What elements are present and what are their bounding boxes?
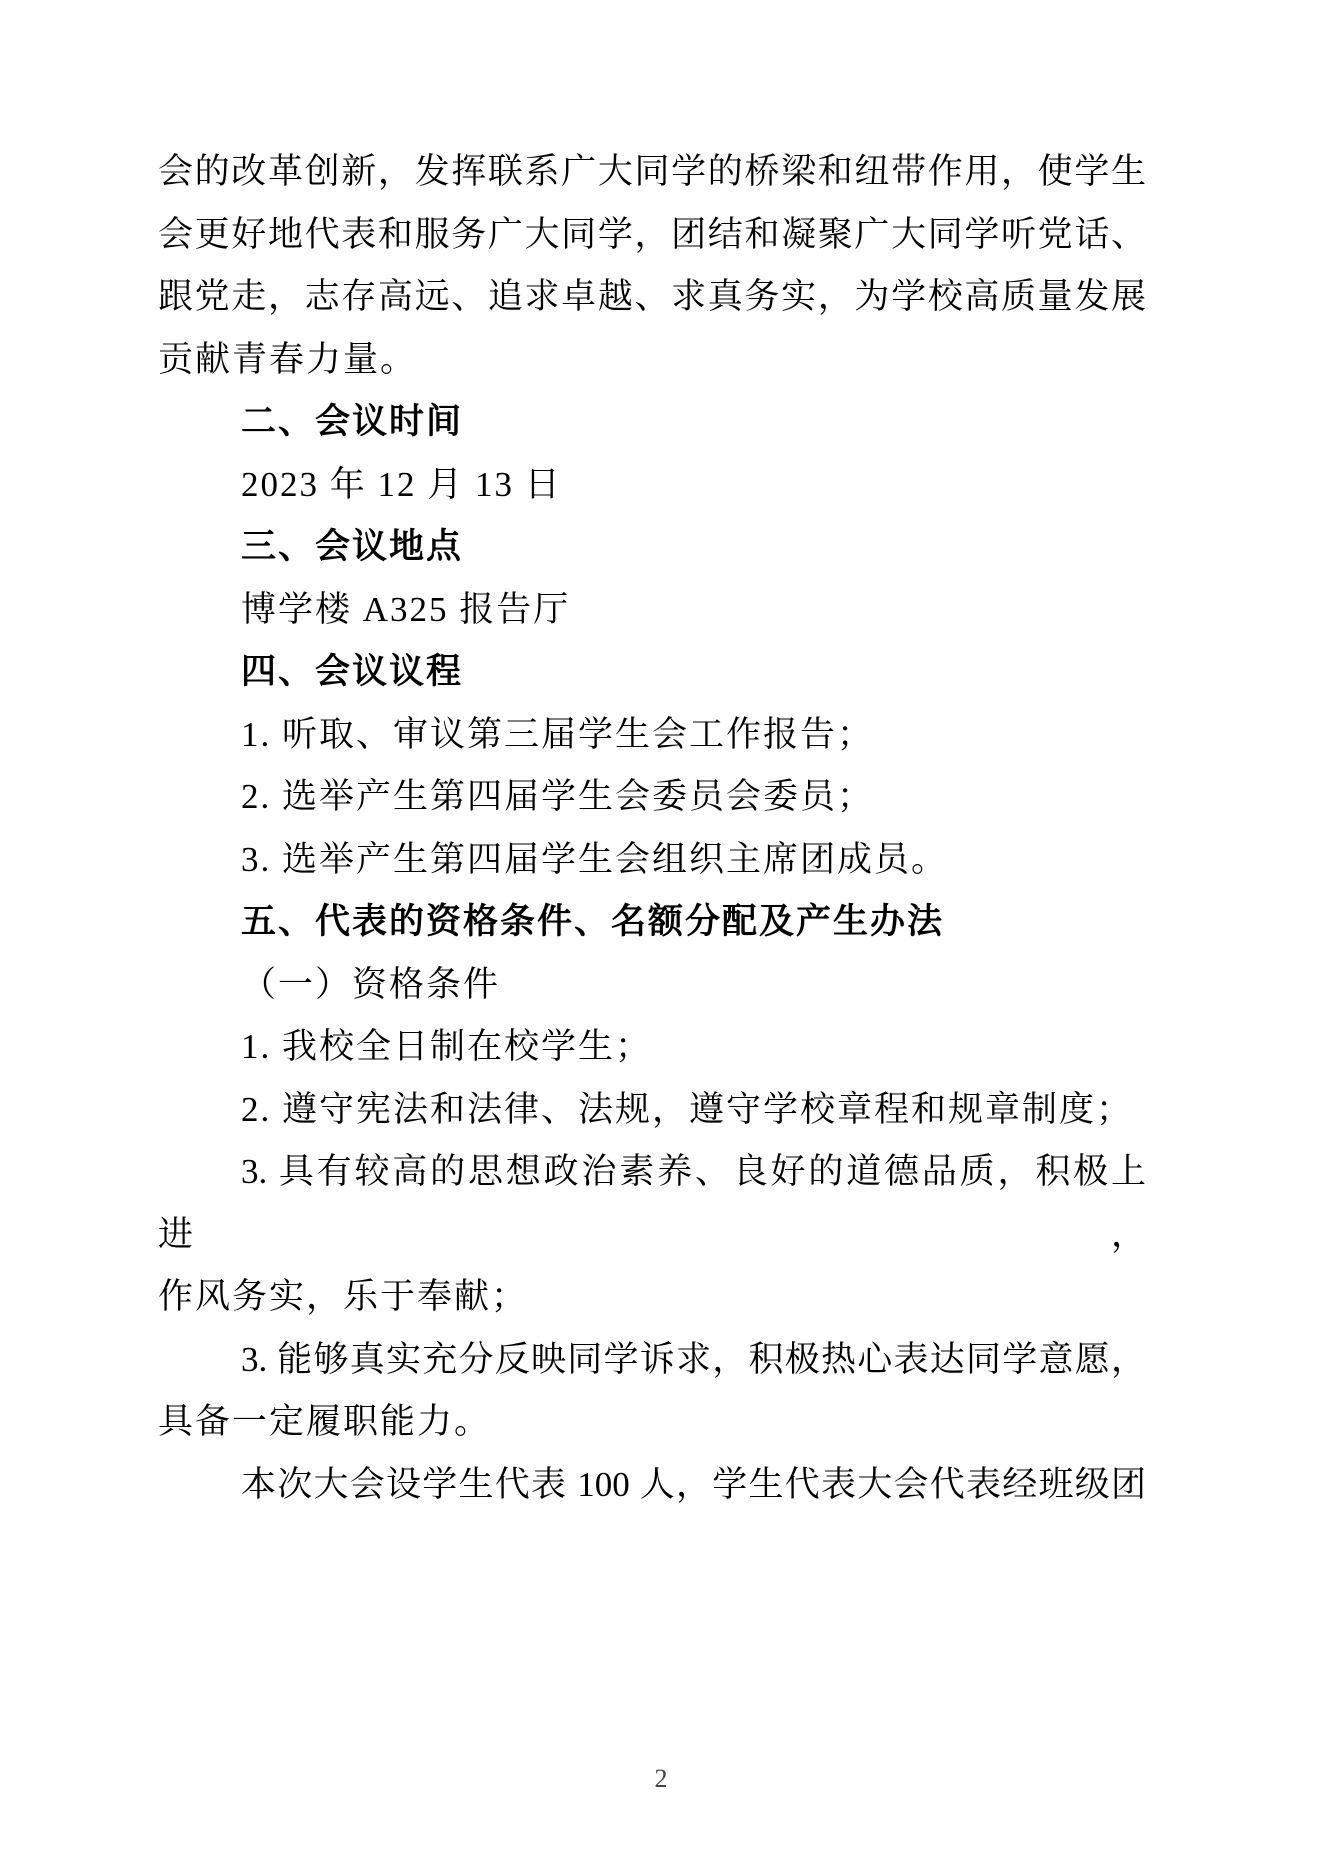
doc-text-line: 1. 我校全日制在校学生；: [158, 1016, 1146, 1079]
doc-text-line: 具备一定履职能力。: [158, 1391, 1146, 1454]
doc-text-line: 会的改革创新，发挥联系广大同学的桥梁和纽带作用，使学生: [158, 141, 1146, 204]
doc-heading-line: 五、代表的资格条件、名额分配及产生办法: [158, 891, 1146, 954]
doc-text-line: 本次大会设学生代表 100 人，学生代表大会代表经班级团: [158, 1454, 1146, 1517]
doc-text-line: 2. 遵守宪法和法律、法规，遵守学校章程和规章制度；: [158, 1079, 1146, 1142]
doc-text-line: （一）资格条件: [158, 954, 1146, 1017]
doc-text-line: 3. 能够真实充分反映同学诉求，积极热心表达同学意愿，: [158, 1329, 1146, 1392]
document-page: 会的改革创新，发挥联系广大同学的桥梁和纽带作用，使学生会更好地代表和服务广大同学…: [0, 0, 1322, 1871]
doc-text-line: 3. 具有较高的思想政治素养、良好的道德品质，积极上进，: [158, 1141, 1146, 1266]
page-number: 2: [0, 1764, 1322, 1794]
doc-text-line: 作风务实，乐于奉献；: [158, 1266, 1146, 1329]
doc-text-line: 贡献青春力量。: [158, 329, 1146, 392]
doc-heading-line: 二、会议时间: [158, 391, 1146, 454]
doc-text-line: 博学楼 A325 报告厅: [158, 579, 1146, 642]
doc-text-line: 3. 选举产生第四届学生会组织主席团成员。: [158, 829, 1146, 892]
doc-text-line: 跟党走，志存高远、追求卓越、求真务实，为学校高质量发展: [158, 266, 1146, 329]
doc-heading-line: 四、会议议程: [158, 641, 1146, 704]
document-body: 会的改革创新，发挥联系广大同学的桥梁和纽带作用，使学生会更好地代表和服务广大同学…: [158, 141, 1146, 1516]
doc-text-line: 2023 年 12 月 13 日: [158, 454, 1146, 517]
doc-text-line: 会更好地代表和服务广大同学，团结和凝聚广大同学听党话、: [158, 204, 1146, 267]
doc-text-line: 2. 选举产生第四届学生会委员会委员；: [158, 766, 1146, 829]
doc-heading-line: 三、会议地点: [158, 516, 1146, 579]
doc-text-line: 1. 听取、审议第三届学生会工作报告；: [158, 704, 1146, 767]
